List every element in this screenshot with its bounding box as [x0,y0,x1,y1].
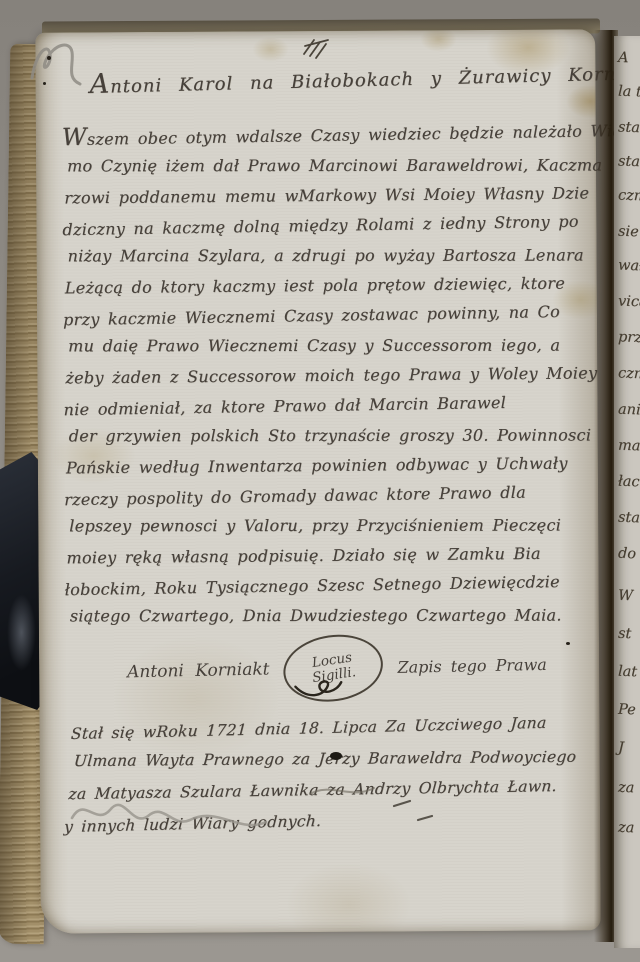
page-fragment-text: za [618,820,635,837]
adjacent-page-edge: A la t stan stan czm sie wał vica przek … [614,36,640,948]
page-fragment-text: Pe [618,702,636,719]
text-line: mu daię Prawo Wiecznemi Czasy y Successo… [68,331,577,362]
page-fragment-text: stan [618,153,640,170]
manuscript-photo-scene: Antoni Karol na Białobokach y Żurawicy K… [0,0,640,962]
page-fragment-text: A [618,50,629,66]
locus-sigilli-seal: Locus Sigilli. [279,628,387,708]
page-fragment-text: W [618,588,633,605]
page-fragment-text: do [618,546,637,563]
manuscript-body: Wszem obec otym wdalsze Czasy wiedziec b… [62,116,579,632]
page-fragment-text: sta [618,510,640,527]
pencil-scribble-icon [64,772,444,856]
page-fragment-text: ma [618,438,640,455]
page-title: Antoni Karol na Białobokach y Żurawicy K… [89,57,576,100]
ink-speck [43,82,46,85]
page-fragment-text: ani [618,402,640,419]
ink-blot [330,752,342,760]
pencil-mark-icon [24,32,96,94]
page-fragment-text: czne [618,365,640,382]
page-fragment-text: st [618,626,632,642]
signature-name: Antoni Korniakt [127,659,270,682]
page-fragment-text: czm [618,187,640,204]
seal-flourish-icon [291,676,347,703]
ink-speck [47,56,51,60]
leather-sheen [7,594,36,671]
page-fragment-text: lat [618,664,638,681]
text-line: niżay Marcina Szylara, a zdrugi po wyżay… [68,241,577,272]
signature-note: Zapis tego Prawa [397,654,547,676]
correction-mark-icon [300,36,334,60]
page-fragment-text: łac [618,474,640,491]
ink-speck [566,642,570,645]
page-fragment-text: przek [618,329,640,346]
text-line: der grzywien polskich Sto trzynaście gro… [69,421,578,452]
text-line: lepszey pewnosci y Valoru, przy Przyciśn… [69,511,578,542]
page-fragment-text: za [618,780,635,797]
signature-row: Antoni Korniakt Locus Sigilli. Zapis teg… [127,630,580,705]
page-fragment-text: stan [618,119,640,136]
page-fragment-text: sie [618,224,639,241]
text-line: siątego Czwartego, Dnia Dwudziestego Czw… [70,601,579,632]
text-line: Wszem obec otym wdalsze Czasy wiedziec b… [62,114,576,156]
page-fragment-text: vica [618,293,640,310]
page-fragment-text: wał [618,258,640,275]
page-fragment-text: J [618,740,624,756]
text-line: mo Czynię iżem dał Prawo Marcinowi Baraw… [67,151,576,182]
page-fragment-text: la t [618,84,640,101]
